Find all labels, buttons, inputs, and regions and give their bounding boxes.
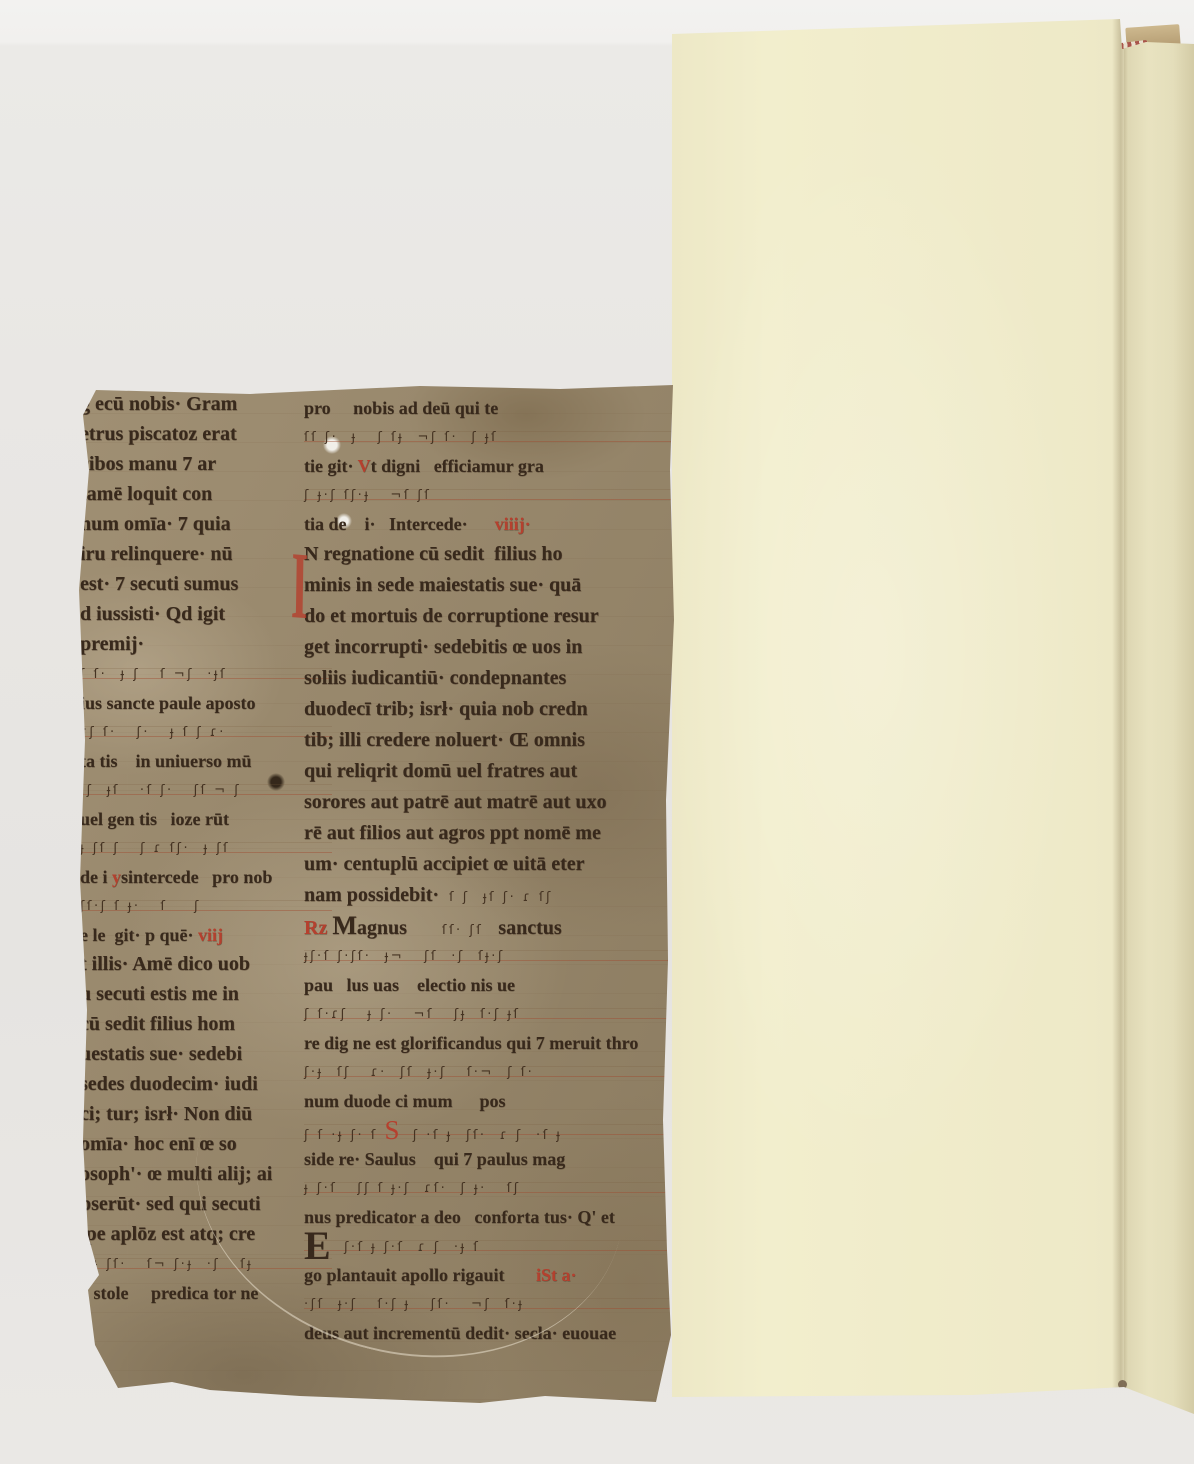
- lyric-line: side re· Saulus qui 7 paulus mag: [304, 1147, 676, 1174]
- manuscript-column-right: pro nobis ad deū qui teſſ ʃ· ɟ ʃ ſɟ ¬ʃ ſ…: [304, 396, 676, 1348]
- text-line: g ecū nobis· Gram: [80, 390, 332, 420]
- text-line: tamē loquit con: [80, 480, 332, 510]
- lyric-line: uel gen tis ioze rūt: [80, 807, 332, 834]
- text-line: N regnatione cū sedit filius ho: [304, 539, 676, 570]
- music-line: ʃ ſ·ɾʃ ɟ ʃ· ¬ſ ʃɟ ſ·ʃ ɟſ: [304, 1000, 676, 1031]
- lyric-line: e le git· p quē· viij: [80, 923, 332, 950]
- text-line: sorores aut patrē aut matrē aut uxo: [304, 787, 676, 818]
- text-line: omīa· hoc enī œ so: [80, 1130, 332, 1160]
- music-line: ʃ ſ· ɟ ʃ ſ ¬ʃ ·ɟſ: [80, 660, 332, 691]
- text-line: pserūt· sed qui secuti: [80, 1190, 332, 1220]
- lyric-line: num duode ci mum pos: [304, 1089, 676, 1116]
- text-line: get incorrupti· sedebitis œ uos in: [304, 632, 676, 663]
- music-line: ɾʃ ſ· ʃ· ɟ ſ ʃ ɾ·: [80, 718, 332, 749]
- lyric-line: pro nobis ad deū qui te: [304, 396, 676, 423]
- music-line: ſſ ʃ· ɟ ʃ ſɟ ¬ʃ ſ· ʃ ɟſ: [304, 423, 676, 454]
- manuscript-column-left: g ecū nobis· Grametrus piscatoz eratcibo…: [80, 390, 332, 1308]
- book-page: [672, 18, 1194, 1418]
- text-line: duodecī trib; isrł· quia nob credn: [304, 694, 676, 725]
- lyric-line: deus aut incrementū dedit· secla· euouae: [304, 1321, 676, 1348]
- lyric-line: pau lus uas electio nis ue: [304, 973, 676, 1000]
- text-line: osoph'· œ multi alij; ai: [80, 1160, 332, 1190]
- music-line: ɟʃ·ſ ʃ·ʃſ· ɟ¬ ʃſ ·ʃ ſɟ·ʃ: [304, 942, 676, 973]
- music-line: E ʃ·ſ ɟ ʃ·ſ ɾ ʃ ·ɟ ſ: [304, 1232, 676, 1263]
- music-line: ʃſ·ʃ ſ ɟ· ſ ʃ: [80, 892, 332, 923]
- lyric-line: de i ysintercede pro nob: [80, 865, 332, 892]
- text-line: etrus piscatoz erat: [80, 420, 332, 450]
- text-line: um· centuplū accipiet œ uitā eter: [304, 849, 676, 880]
- music-line: ʃ·ɟ ʃſ· ſ¬ ʃ·ɟ ·ʃ ſɟ: [80, 1250, 332, 1281]
- lyric-line: ta tis in uniuerso mū: [80, 749, 332, 776]
- music-line: ·ʃſ ɟ·ʃ ſ·ʃ ɟ ʃſ· ¬ʃ ſ·ɟ: [304, 1290, 676, 1321]
- music-line: ɟ ʃ·ſ ʃʃ ſ ɟ·ʃ ɾſ· ʃ ɟ· ſʃ: [304, 1174, 676, 1205]
- text-line: Rz Magnus ſſ· ʃſ sanctus: [304, 911, 676, 942]
- page-stain-spot: [1118, 1380, 1127, 1389]
- lyric-line: tia de i· Intercede· viiij·: [304, 512, 676, 539]
- music-line: ʃ ſ ·ɟ ʃ· ſ S ʃ ·ſ ɟ ʃſ· ɾ ʃ ·ſ ɟ: [304, 1116, 676, 1147]
- text-line: t illis· Amē dico uob: [80, 950, 332, 980]
- text-line: rē aut filios aut agros ppt nomē me: [304, 818, 676, 849]
- text-line: u secuti estis me in: [80, 980, 332, 1010]
- parchment-fragment: g ecū nobis· Grametrus piscatoz eratcibo…: [76, 384, 676, 1406]
- text-line: cibos manu 7 ar: [80, 450, 332, 480]
- lyric-line: go plantauit apollo rigauit iSt a·: [304, 1263, 676, 1290]
- lyric-line: o stole predica tor ne: [80, 1281, 332, 1308]
- text-line: minis in sede maiestatis sue· quā: [304, 570, 676, 601]
- text-line: sedes duodecim· iudi: [80, 1070, 332, 1100]
- music-line: ·ʃ ɟſ ·ſ ʃ· ʃſ ¬ ʃ: [80, 776, 332, 807]
- text-line: cū sedit filius hom: [80, 1010, 332, 1040]
- photograph-of-manuscript: { "palette":{ "backdrop_color":"#eae8e5"…: [0, 0, 1194, 1464]
- music-line: ʃ ɟ·ʃ ſʃ·ɟ ¬ſ ʃſ: [304, 481, 676, 512]
- music-line: ɟ ʃſ ʃ ʃ ɾ ſʃ· ɟ ʃſ: [80, 834, 332, 865]
- text-line: soliis iudicantiū· condepnantes: [304, 663, 676, 694]
- text-line: nam possidebit· ſ ʃ ɟſ ʃ· ɾ ſʃ: [304, 880, 676, 911]
- text-line: qui reliqrit domū uel fratres aut: [304, 756, 676, 787]
- text-line: tib; illi credere noluert· Œ omnis: [304, 725, 676, 756]
- text-line: ci; tur; isrł· Non diū: [80, 1100, 332, 1130]
- music-line: ʃ·ɟ ſʃ ɾ· ʃſ ɟ·ʃ ſ·¬ ʃ ſ·: [304, 1058, 676, 1089]
- lyric-line: nus predicator a deo conforta tus· Q' et: [304, 1205, 676, 1232]
- text-line: do et mortuis de corruptione resur: [304, 601, 676, 632]
- page-gutter-curve: [1124, 18, 1194, 1418]
- text-line: ipe aplōz est atq; cre: [80, 1220, 332, 1250]
- lyric-line: re dig ne est glorificandus qui 7 meruit…: [304, 1031, 676, 1058]
- lyric-line: ius sancte paule aposto: [80, 691, 332, 718]
- lyric-line: tie git· Vt digni efficiamur gra: [304, 454, 676, 481]
- text-line: uestatis sue· sedebi: [80, 1040, 332, 1070]
- rubric-initial-letter: I: [290, 536, 310, 642]
